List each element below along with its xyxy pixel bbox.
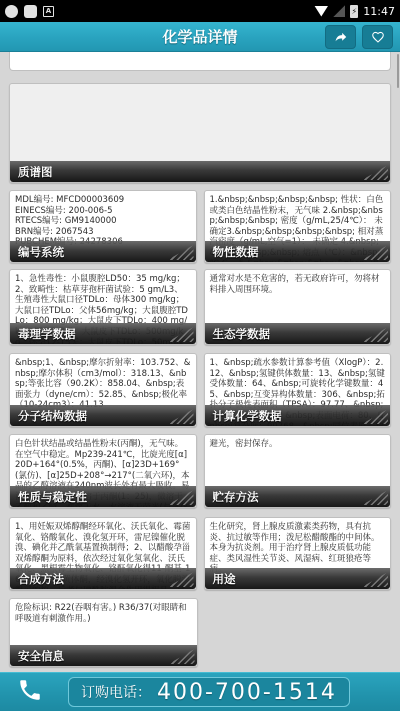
card-row: 1、用妊娠双烯醇酮经环氧化、沃氏氧化、霉菌氧化、铬酸氧化、溴化氢开环，雷尼镍催化… bbox=[9, 517, 391, 590]
card-numbering-system[interactable]: MDL编号: MFCD00003609 EINECS编号: 200-006-5 … bbox=[9, 190, 197, 263]
resize-grip-icon bbox=[362, 165, 388, 180]
card-storage-method[interactable]: 避光，密封保存。 贮存方法 bbox=[204, 434, 392, 508]
card-footer-label: 安全信息 bbox=[18, 648, 64, 664]
battery-charging-icon: ⚡ bbox=[350, 5, 358, 18]
bottom-order-bar: 订购电话： 400-700-1514 bbox=[0, 672, 400, 711]
card-footer-label: 编号系统 bbox=[18, 244, 64, 260]
resize-grip-icon bbox=[168, 409, 194, 424]
card-footer[interactable]: 性质与稳定性 bbox=[10, 486, 196, 507]
card-footer[interactable]: 用途 bbox=[205, 568, 391, 589]
letter-a-icon: A bbox=[43, 6, 54, 17]
resize-grip-icon bbox=[362, 572, 388, 587]
favorite-button[interactable] bbox=[362, 25, 393, 49]
scrollbar[interactable] bbox=[397, 54, 399, 88]
empty-grid-cell bbox=[205, 598, 392, 667]
resize-grip-icon bbox=[168, 572, 194, 587]
share-button[interactable] bbox=[325, 25, 356, 49]
share-arrow-icon bbox=[333, 30, 349, 44]
card-footer[interactable]: 编号系统 bbox=[10, 241, 196, 262]
card-footer[interactable]: 生态学数据 bbox=[205, 323, 391, 344]
card-toxicology-data[interactable]: 1、急性毒性：小鼠腹腔LD50：35 mg/kg；2、致畸性：枯草芽孢杆菌试验：… bbox=[9, 269, 197, 345]
resize-grip-icon bbox=[362, 245, 388, 260]
card-body-text: 避光，密封保存。 bbox=[205, 435, 391, 454]
clock-time: 11:47 bbox=[363, 5, 395, 18]
card-footer[interactable]: 合成方法 bbox=[10, 568, 196, 589]
card-basic-info-clipped[interactable]: 分子量: 402.48 bbox=[9, 52, 391, 71]
card-row: &nbsp;1、&nbsp;摩尔折射率：103.752、&nbsp;摩尔体积（c… bbox=[9, 353, 391, 427]
no-signal-icon bbox=[333, 5, 345, 17]
card-footer[interactable]: 计算化学数据 bbox=[205, 405, 391, 426]
heart-outline-icon bbox=[370, 30, 386, 44]
card-row: 1、急性毒性：小鼠腹腔LD50：35 mg/kg；2、致畸性：枯草芽孢杆菌试验：… bbox=[9, 269, 391, 345]
card-physical-data[interactable]: 1.&nbsp;&nbsp;&nbsp;&nbsp; 性状：白色或类白色结晶性粉… bbox=[204, 190, 392, 263]
card-computational-chemistry-data[interactable]: 1、&nbsp;疏水参数计算参考值（XlogP）：2.12、&nbsp;氢键供体… bbox=[204, 353, 392, 427]
card-row: MDL编号: MFCD00003609 EINECS编号: 200-006-5 … bbox=[9, 190, 391, 263]
wifi-icon bbox=[314, 6, 328, 17]
card-footer[interactable]: 物性数据 bbox=[205, 241, 391, 262]
resize-grip-icon bbox=[362, 490, 388, 505]
card-properties-stability[interactable]: 白色针状结晶或结晶性粉末(丙酮)，无气味。在空气中稳定。Mp239-241℃，比… bbox=[9, 434, 197, 508]
order-phone-number: 400-700-1514 bbox=[157, 680, 337, 705]
card-footer[interactable]: 安全信息 bbox=[10, 645, 197, 666]
chemical-detail-screen: A ⚡ 11:47 化学品详情 分 bbox=[0, 0, 400, 711]
resize-grip-icon bbox=[362, 409, 388, 424]
card-body-text: 通常对水是不危害的，若无政府许可，勿将材料排入周围环境。 bbox=[205, 270, 391, 299]
card-molecular-structure-data[interactable]: &nbsp;1、&nbsp;摩尔折射率：103.752、&nbsp;摩尔体积（c… bbox=[9, 353, 197, 427]
card-footer-label: 毒理学数据 bbox=[18, 326, 76, 342]
card-row: 危险标识: R22(吞咽有害。) R36/37(对眼睛和呼吸道有刺激作用。) 安… bbox=[9, 598, 391, 667]
resize-grip-icon bbox=[168, 327, 194, 342]
header-actions bbox=[325, 25, 393, 49]
card-footer-label: 物性数据 bbox=[213, 244, 259, 260]
app-header: 化学品详情 bbox=[0, 22, 400, 52]
card-synthesis-method[interactable]: 1、用妊娠双烯醇酮经环氧化、沃氏氧化、霉菌氧化、铬酸氧化、溴化氢开环，雷尼镍催化… bbox=[9, 517, 197, 590]
card-body-text: 危险标识: R22(吞咽有害。) R36/37(对眼睛和呼吸道有刺激作用。) bbox=[10, 599, 197, 628]
notification-square-icon bbox=[24, 5, 37, 18]
card-ecology-data[interactable]: 通常对水是不危害的，若无政府许可，勿将材料排入周围环境。 生态学数据 bbox=[204, 269, 392, 345]
card-footer-label: 性质与稳定性 bbox=[18, 489, 87, 505]
card-footer-label: 生态学数据 bbox=[213, 326, 271, 342]
order-phone-button[interactable]: 订购电话： 400-700-1514 bbox=[68, 677, 350, 707]
card-row: 白色针状结晶或结晶性粉末(丙酮)，无气味。在空气中稳定。Mp239-241℃，比… bbox=[9, 434, 391, 508]
resize-grip-icon bbox=[169, 649, 195, 664]
card-footer-label: 质谱图 bbox=[18, 164, 53, 180]
card-footer-label: 合成方法 bbox=[18, 571, 64, 587]
card-usage[interactable]: 生化研究，肾上腺皮质激素类药物，具有抗炎、抗过敏等作用；泼尼松醋酸酯的中间体。本… bbox=[204, 517, 392, 590]
status-right-icons: ⚡ 11:47 bbox=[314, 5, 395, 18]
status-left-icons: A bbox=[5, 5, 54, 18]
card-safety-info[interactable]: 危险标识: R22(吞咽有害。) R36/37(对眼睛和呼吸道有刺激作用。) 安… bbox=[9, 598, 198, 667]
card-footer-label: 用途 bbox=[213, 571, 236, 587]
notification-circle-icon bbox=[5, 5, 18, 18]
resize-grip-icon bbox=[168, 245, 194, 260]
page-title: 化学品详情 bbox=[162, 26, 237, 47]
card-mass-spectrum[interactable]: 质谱图 bbox=[9, 83, 391, 183]
order-phone-label: 订购电话： bbox=[81, 682, 151, 702]
card-footer[interactable]: 贮存方法 bbox=[205, 486, 391, 507]
card-footer-label: 分子结构数据 bbox=[18, 408, 87, 424]
resize-grip-icon bbox=[362, 327, 388, 342]
phone-handset-icon bbox=[16, 677, 44, 707]
card-footer-label: 计算化学数据 bbox=[213, 408, 282, 424]
status-bar: A ⚡ 11:47 bbox=[0, 0, 400, 22]
card-footer[interactable]: 质谱图 bbox=[10, 161, 390, 182]
card-footer-label: 贮存方法 bbox=[213, 489, 259, 505]
card-footer[interactable]: 毒理学数据 bbox=[10, 323, 196, 344]
resize-grip-icon bbox=[168, 490, 194, 505]
content-scroll-area[interactable]: 分子量: 402.48 质谱图 MDL编号: MFCD00003609 EINE… bbox=[0, 52, 400, 672]
card-footer[interactable]: 分子结构数据 bbox=[10, 405, 196, 426]
